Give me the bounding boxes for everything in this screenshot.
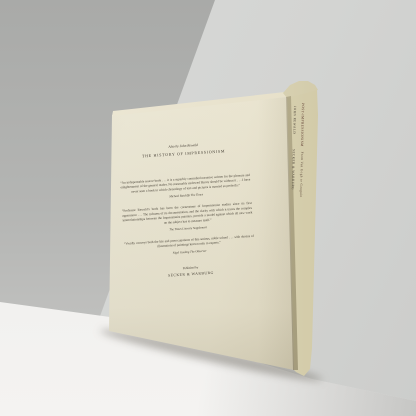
back-cover-text: Also by John Rewald THE HISTORY OF IMPRE… [116,122,257,280]
photo-of-book: Also by John Rewald THE HISTORY OF IMPRE… [0,0,416,416]
spine-author: JOHN REWALD [292,106,296,134]
